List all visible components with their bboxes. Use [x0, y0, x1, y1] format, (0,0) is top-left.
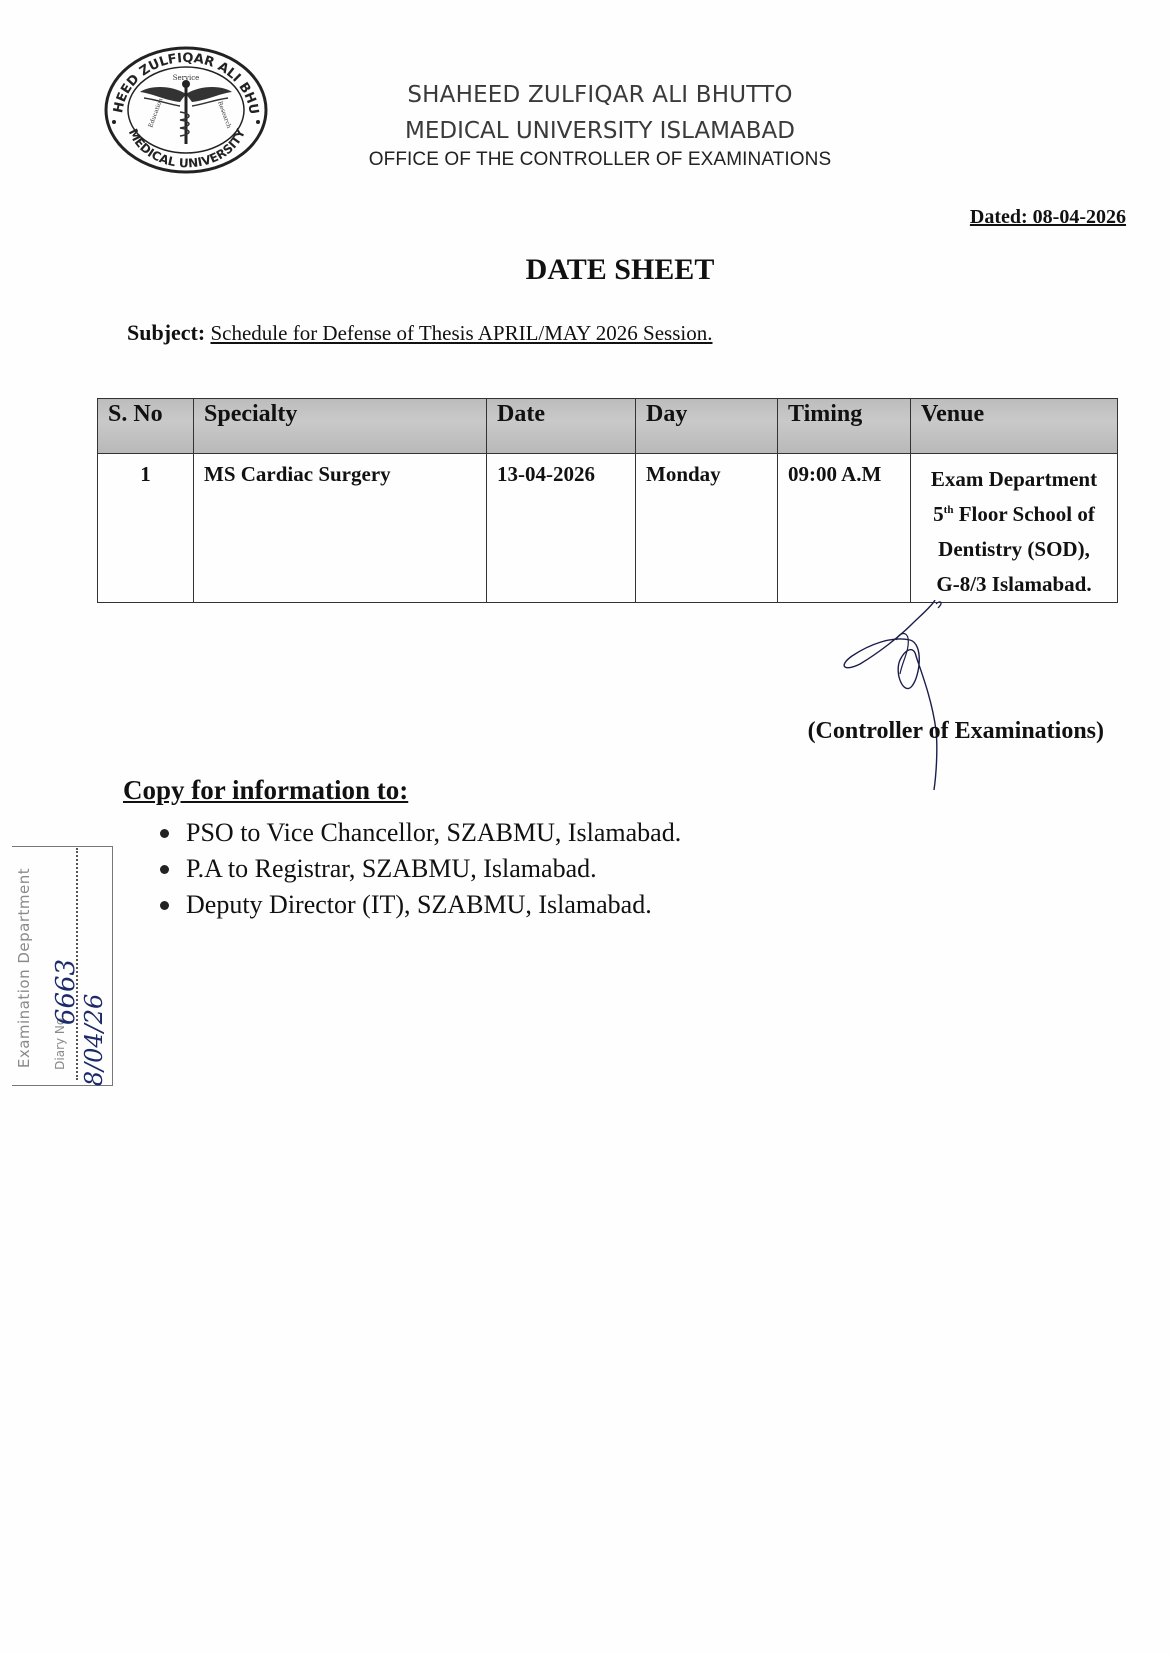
cell-timing: 09:00 A.M	[778, 454, 911, 603]
cell-date: 13-04-2026	[487, 454, 636, 603]
copy-list: PSO to Vice Chancellor, SZABMU, Islamaba…	[155, 815, 681, 923]
venue-line3: Dentistry (SOD),	[921, 532, 1107, 567]
university-name-line2: MEDICAL UNIVERSITY ISLAMABAD	[330, 116, 870, 146]
copy-heading: Copy for information to:	[123, 775, 408, 806]
col-header-sno: S. No	[98, 399, 194, 454]
subject-line: Subject: Schedule for Defense of Thesis …	[127, 320, 713, 346]
col-header-venue: Venue	[911, 399, 1118, 454]
page-title-text: DATE SHEET	[526, 253, 715, 286]
signatory-title: (Controller of Examinations)	[808, 718, 1104, 745]
office-name: OFFICE OF THE CONTROLLER OF EXAMINATIONS	[330, 148, 870, 172]
subject-label: Subject:	[127, 320, 205, 345]
venue-line4: G-8/3 Islamabad.	[921, 567, 1107, 602]
col-header-timing: Timing	[778, 399, 911, 454]
university-seal-logo: SHAHEED ZULFIQAR ALI BHUTTO MEDICAL UNIV…	[100, 44, 272, 176]
receipt-stamp: Examination Department Diary No. 6663 8/…	[6, 842, 106, 1090]
subject-value: Schedule for Defense of Thesis APRIL/MAY…	[210, 321, 712, 345]
col-header-day: Day	[636, 399, 778, 454]
stamp-department: Examination Department	[15, 868, 33, 1068]
cell-venue: Exam Department 5th Floor School of Dent…	[911, 454, 1118, 603]
stamp-diary-number: 6663	[51, 959, 81, 1025]
list-item: P.A to Registrar, SZABMU, Islamabad.	[155, 851, 681, 887]
list-item: Deputy Director (IT), SZABMU, Islamabad.	[155, 887, 681, 923]
page-title: DATE SHEET	[0, 253, 1170, 287]
cell-specialty: MS Cardiac Surgery	[194, 454, 487, 603]
bullet-icon	[160, 865, 169, 874]
document-page: SHAHEED ZULFIQAR ALI BHUTTO MEDICAL UNIV…	[0, 0, 1170, 1654]
svg-text:Education: Education	[147, 97, 164, 128]
table-header-row: S. No Specialty Date Day Timing Venue	[98, 399, 1118, 454]
cell-sno: 1	[98, 454, 194, 603]
venue-line2: 5th Floor School of	[921, 497, 1107, 532]
bullet-icon	[160, 829, 169, 838]
bullet-icon	[160, 901, 169, 910]
col-header-date: Date	[487, 399, 636, 454]
col-header-specialty: Specialty	[194, 399, 487, 454]
table-row: 1 MS Cardiac Surgery 13-04-2026 Monday 0…	[98, 454, 1118, 603]
document-date: Dated: 08-04-2026	[970, 206, 1126, 229]
stamp-date: 8/04/26	[80, 994, 108, 1087]
university-name-line1: SHAHEED ZULFIQAR ALI BHUTTO	[330, 80, 870, 110]
cell-day: Monday	[636, 454, 778, 603]
letterhead: SHAHEED ZULFIQAR ALI BHUTTO MEDICAL UNIV…	[330, 80, 870, 172]
list-item: PSO to Vice Chancellor, SZABMU, Islamaba…	[155, 815, 681, 851]
venue-line1: Exam Department	[921, 462, 1107, 497]
date-sheet-table: S. No Specialty Date Day Timing Venue 1 …	[97, 398, 1118, 603]
signature-icon	[840, 600, 1010, 790]
svg-text:Research: Research	[216, 100, 232, 129]
